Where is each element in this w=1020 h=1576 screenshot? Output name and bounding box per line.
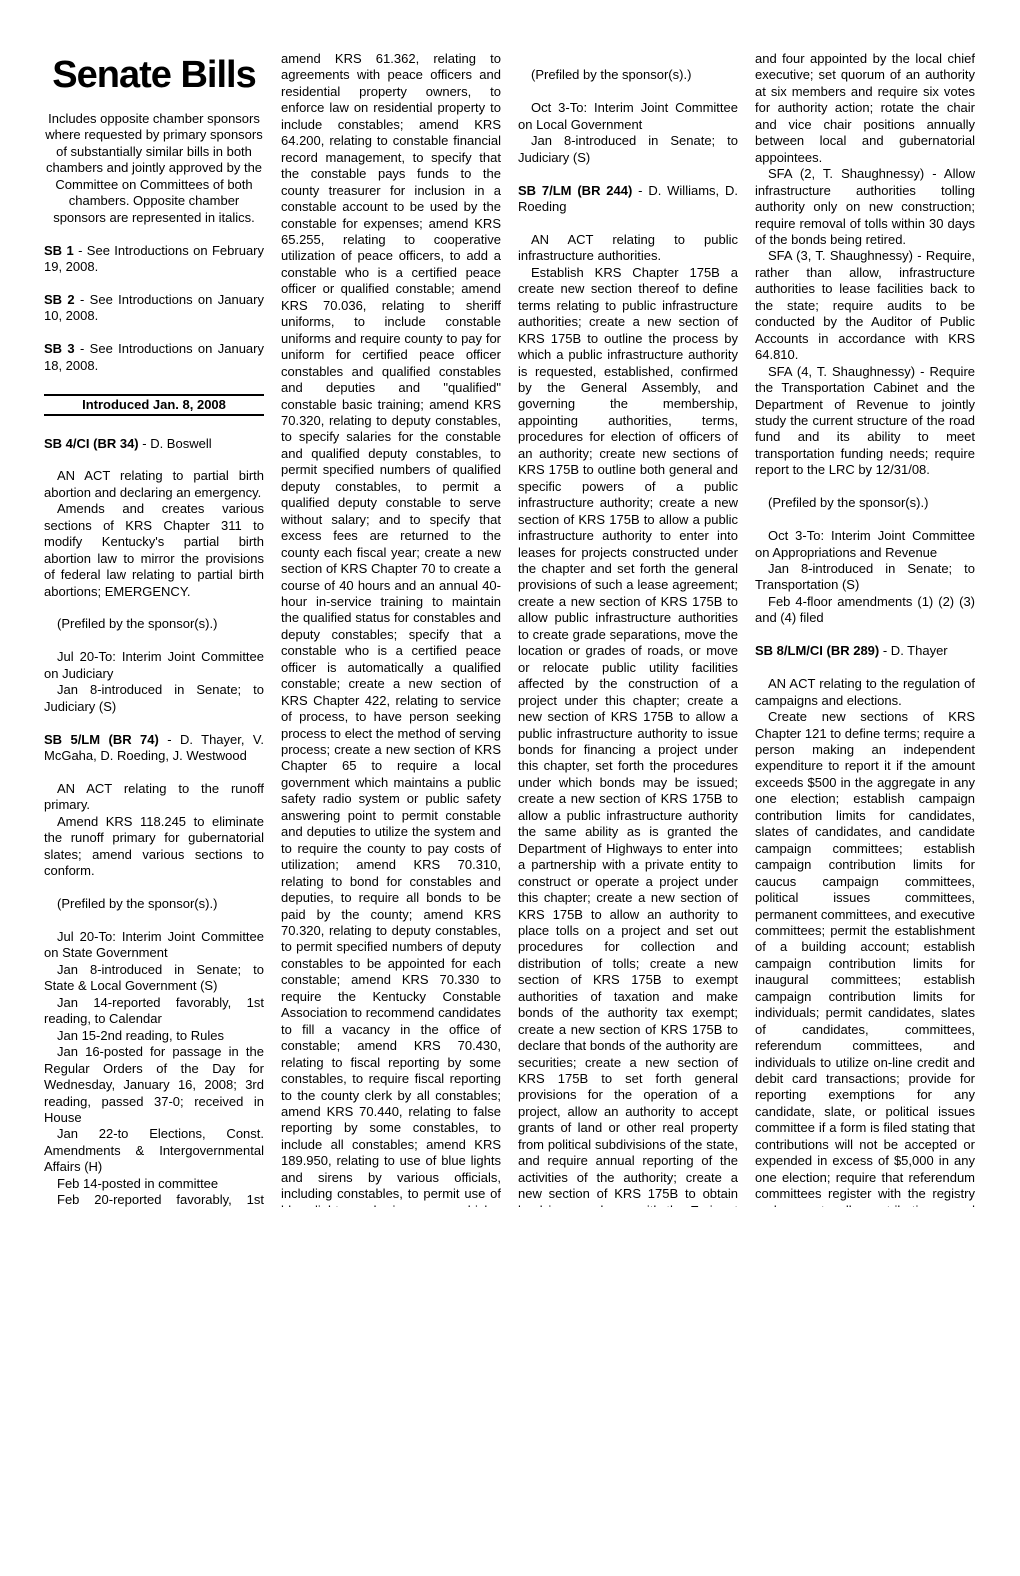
paragraph: Amends and creates various sections of K… bbox=[44, 501, 264, 600]
paragraph: Jan 16-posted for passage in the Regular… bbox=[44, 1044, 264, 1126]
intro-note: Includes opposite chamber sponsors where… bbox=[44, 111, 264, 226]
spacer bbox=[755, 627, 975, 643]
bill-header: SB 7/LM (BR 244) - D. Williams, D. Roedi… bbox=[518, 183, 738, 216]
spacer bbox=[44, 913, 264, 929]
spacer bbox=[44, 600, 264, 616]
spacer bbox=[44, 452, 264, 468]
spacer bbox=[755, 479, 975, 495]
spacer bbox=[518, 166, 738, 182]
paragraph: AN ACT relating to partial birth abortio… bbox=[44, 468, 264, 501]
bill-sponsors: - See Introductions on February 19, 2008… bbox=[44, 243, 264, 274]
spacer bbox=[44, 419, 264, 435]
bill-header: SB 8/LM/CI (BR 289) - D. Thayer bbox=[755, 643, 975, 659]
paragraph: Amend KRS 118.245 to eliminate the runof… bbox=[44, 814, 264, 880]
spacer bbox=[44, 276, 264, 292]
paragraph: SFA (3, T. Shaughnessy) - Require, rathe… bbox=[755, 248, 975, 363]
paragraph: Jan 14-reported favorably, 1st reading, … bbox=[44, 995, 264, 1028]
document-title: Senate Bills bbox=[44, 53, 264, 97]
spacer bbox=[44, 715, 264, 731]
column-layout: Senate BillsIncludes opposite chamber sp… bbox=[0, 0, 1020, 1207]
spacer bbox=[518, 51, 738, 67]
document-page: Senate BillsIncludes opposite chamber sp… bbox=[0, 0, 1020, 1576]
paragraph-continuation: amend KRS 61.362, relating to agreements… bbox=[281, 51, 501, 1207]
spacer bbox=[755, 512, 975, 528]
bill-number: SB 2 bbox=[44, 292, 75, 307]
paragraph: Create new sections of KRS Chapter 121 t… bbox=[755, 709, 975, 1207]
paragraph: Oct 3-To: Interim Joint Committee on Loc… bbox=[518, 100, 738, 133]
bill-number: SB 3 bbox=[44, 341, 75, 356]
spacer bbox=[44, 374, 264, 390]
spacer bbox=[44, 880, 264, 896]
paragraph: AN ACT relating to public infrastructure… bbox=[518, 232, 738, 265]
paragraph: Feb 14-posted in committee bbox=[44, 1176, 264, 1192]
bill-number: SB 1 bbox=[44, 243, 74, 258]
bill-number: SB 5/LM (BR 74) bbox=[44, 732, 159, 747]
spacer bbox=[518, 215, 738, 231]
bill-header: SB 5/LM (BR 74) - D. Thayer, V. McGaha, … bbox=[44, 732, 264, 765]
paragraph: Jan 8-introduced in Senate; to Judiciary… bbox=[518, 133, 738, 166]
paragraph: Oct 3-To: Interim Joint Committee on App… bbox=[755, 528, 975, 561]
paragraph: SFA (4, T. Shaughnessy) - Require the Tr… bbox=[755, 364, 975, 479]
paragraph: (Prefiled by the sponsor(s).) bbox=[755, 495, 975, 511]
column-1: Senate BillsIncludes opposite chamber sp… bbox=[44, 51, 264, 1207]
spacer bbox=[44, 633, 264, 649]
bill-number: SB 7/LM (BR 244) bbox=[518, 183, 632, 198]
bill-header: SB 2 - See Introductions on January 10, … bbox=[44, 292, 264, 325]
paragraph: Jan 8-introduced in Senate; to Transport… bbox=[755, 561, 975, 594]
spacer bbox=[44, 325, 264, 341]
bill-number: SB 4/CI (BR 34) bbox=[44, 436, 139, 451]
paragraph: Establish KRS Chapter 175B a create new … bbox=[518, 265, 738, 1207]
paragraph: Jan 8-introduced in Senate; to Judiciary… bbox=[44, 682, 264, 715]
bill-sponsors: - See Introductions on January 18, 2008. bbox=[44, 341, 264, 372]
bill-header: SB 1 - See Introductions on February 19,… bbox=[44, 243, 264, 276]
paragraph: Jan 8-introduced in Senate; to State & L… bbox=[44, 962, 264, 995]
column-4: and four appointed by the local chief ex… bbox=[755, 51, 975, 1207]
paragraph: Jan 15-2nd reading, to Rules bbox=[44, 1028, 264, 1044]
paragraph: Feb 4-floor amendments (1) (2) (3) and (… bbox=[755, 594, 975, 627]
paragraph: (Prefiled by the sponsor(s).) bbox=[518, 67, 738, 83]
bill-sponsors: - D. Boswell bbox=[139, 436, 212, 451]
paragraph: SFA (2, T. Shaughnessy) - Allow infrastr… bbox=[755, 166, 975, 248]
spacer bbox=[755, 660, 975, 676]
paragraph: AN ACT relating to the runoff primary. bbox=[44, 781, 264, 814]
bill-sponsors: - D. Thayer bbox=[879, 643, 947, 658]
column-3: (Prefiled by the sponsor(s).)Oct 3-To: I… bbox=[518, 51, 738, 1207]
spacer bbox=[44, 765, 264, 781]
paragraph: Jul 20-To: Interim Joint Committee on Ju… bbox=[44, 649, 264, 682]
paragraph-continuation: and four appointed by the local chief ex… bbox=[755, 51, 975, 166]
spacer bbox=[518, 84, 738, 100]
paragraph: (Prefiled by the sponsor(s).) bbox=[44, 616, 264, 632]
introduced-date-heading: Introduced Jan. 8, 2008 bbox=[44, 394, 264, 416]
column-2: amend KRS 61.362, relating to agreements… bbox=[281, 51, 501, 1207]
bill-sponsors: - See Introductions on January 10, 2008. bbox=[44, 292, 264, 323]
paragraph: Jan 22-to Elections, Const. Amendments &… bbox=[44, 1126, 264, 1175]
paragraph: (Prefiled by the sponsor(s).) bbox=[44, 896, 264, 912]
bill-header: SB 4/CI (BR 34) - D. Boswell bbox=[44, 436, 264, 452]
paragraph: AN ACT relating to the regulation of cam… bbox=[755, 676, 975, 709]
bill-header: SB 3 - See Introductions on January 18, … bbox=[44, 341, 264, 374]
bill-number: SB 8/LM/CI (BR 289) bbox=[755, 643, 879, 658]
paragraph: Feb 20-reported favorably, 1st reading, … bbox=[44, 1192, 264, 1207]
spacer bbox=[44, 226, 264, 242]
paragraph: Jul 20-To: Interim Joint Committee on St… bbox=[44, 929, 264, 962]
